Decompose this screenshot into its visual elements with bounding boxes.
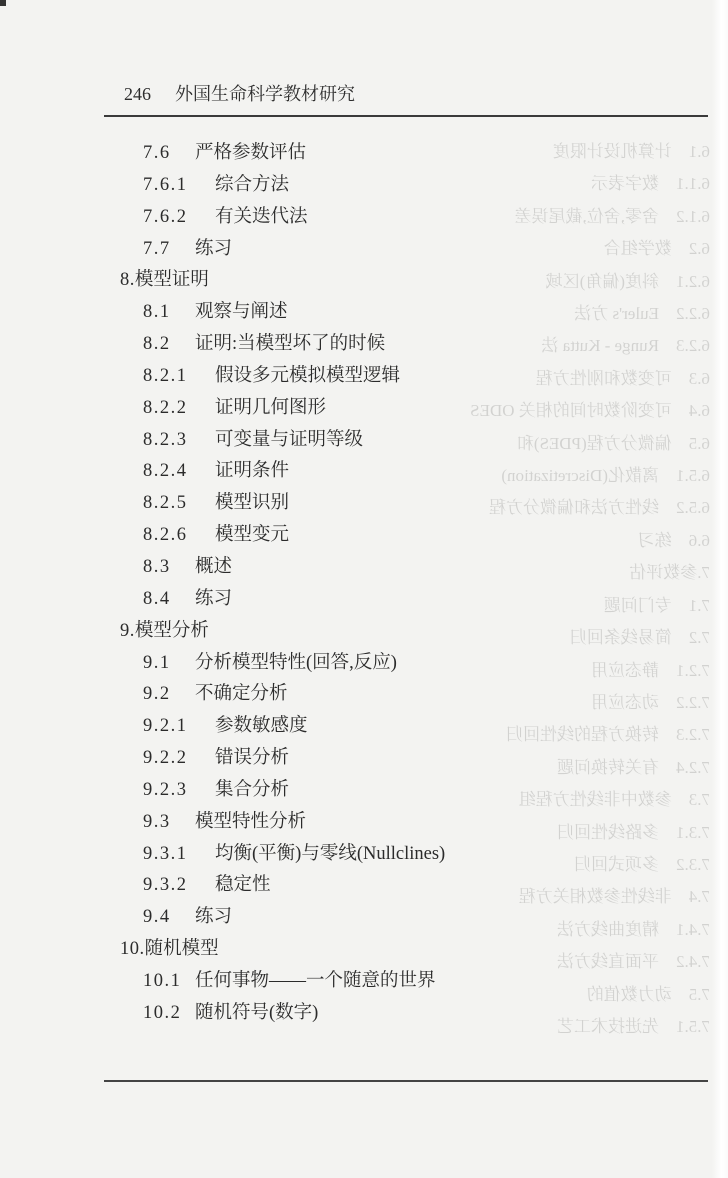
toc-entry-title: 证明几何图形 (215, 393, 326, 425)
toc-entry-title: 模型变元 (215, 520, 289, 552)
toc-entry: 7.6.1综合方法 (120, 170, 445, 202)
toc-entry: 9.2.2错误分析 (120, 743, 445, 775)
toc-entry-number: 7.6 (143, 138, 195, 170)
toc-entry-title: 集合分析 (215, 775, 289, 807)
toc-entry-number: 7.6.1 (143, 170, 215, 202)
table-of-contents: 7.6严格参数评估7.6.1综合方法7.6.2有关迭代法7.7练习8.模型证明8… (120, 138, 445, 1030)
toc-entry: 9.4练习 (120, 902, 445, 934)
toc-entry-title: 均衡(平衡)与零线(Nullclines) (215, 839, 445, 871)
toc-entry-title: 稳定性 (215, 870, 271, 902)
toc-entry-title: 练习 (195, 584, 232, 616)
toc-entry: 7.6严格参数评估 (120, 138, 445, 170)
toc-entry-title: 模型证明 (135, 265, 209, 297)
toc-entry-title: 假设多元模拟模型逻辑 (215, 361, 400, 393)
scan-corner-mark (0, 0, 6, 6)
toc-entry: 9.模型分析 (120, 616, 445, 648)
toc-entry-number: 9.2 (143, 679, 195, 711)
toc-entry-number: 8.2.3 (143, 425, 215, 457)
toc-entry: 7.6.2有关迭代法 (120, 202, 445, 234)
toc-entry: 9.2.3集合分析 (120, 775, 445, 807)
toc-entry-number: 9.2.1 (143, 711, 215, 743)
book-title: 外国生命科学教材研究 (175, 82, 355, 106)
toc-entry: 8.2.2证明几何图形 (120, 393, 445, 425)
toc-entry-number: 9.3.1 (143, 839, 215, 871)
toc-entry: 8.2证明:当模型坏了的时候 (120, 329, 445, 361)
toc-entry-title: 有关迭代法 (215, 202, 308, 234)
toc-entry: 9.3模型特性分析 (120, 807, 445, 839)
page-number: 246 (124, 82, 151, 106)
toc-entry-number: 10. (120, 934, 145, 966)
toc-entry-title: 练习 (195, 902, 232, 934)
toc-entry-number: 9.1 (143, 648, 195, 680)
toc-entry-number: 8.4 (143, 584, 195, 616)
toc-entry-number: 8.2.1 (143, 361, 215, 393)
toc-entry-number: 8.2 (143, 329, 195, 361)
toc-entry: 8.2.4证明条件 (120, 456, 445, 488)
toc-entry: 9.3.1均衡(平衡)与零线(Nullclines) (120, 839, 445, 871)
toc-entry: 10.2随机符号(数字) (120, 998, 445, 1030)
toc-entry: 8.2.5模型识别 (120, 488, 445, 520)
toc-entry-title: 任何事物——一个随意的世界 (195, 966, 436, 998)
toc-entry-number: 8.2.2 (143, 393, 215, 425)
toc-entry-number: 8.2.4 (143, 456, 215, 488)
toc-entry-title: 可变量与证明等级 (215, 425, 363, 457)
toc-entry-number: 7.7 (143, 234, 195, 266)
toc-entry-number: 9.3.2 (143, 870, 215, 902)
toc-entry: 8.2.6模型变元 (120, 520, 445, 552)
toc-entry-number: 8. (120, 265, 135, 297)
footer-rule (104, 1080, 708, 1082)
toc-entry: 8.4练习 (120, 584, 445, 616)
running-head: 246 外国生命科学教材研究 (124, 82, 355, 106)
toc-entry: 8.1观察与阐述 (120, 297, 445, 329)
toc-entry-title: 不确定分析 (195, 679, 288, 711)
toc-entry: 9.2.1参数敏感度 (120, 711, 445, 743)
toc-entry-title: 证明条件 (215, 456, 289, 488)
toc-entry-title: 模型特性分析 (195, 807, 306, 839)
toc-entry: 8.2.3可变量与证明等级 (120, 425, 445, 457)
toc-entry-title: 随机模型 (145, 934, 219, 966)
toc-entry-title: 练习 (195, 234, 232, 266)
toc-entry-number: 9.4 (143, 902, 195, 934)
toc-entry-number: 9.3 (143, 807, 195, 839)
toc-entry: 10.随机模型 (120, 934, 445, 966)
toc-entry-number: 9.2.2 (143, 743, 215, 775)
toc-entry: 8.3概述 (120, 552, 445, 584)
page-edge-shadow (712, 0, 728, 1178)
toc-entry-number: 8.2.5 (143, 488, 215, 520)
toc-entry-number: 7.6.2 (143, 202, 215, 234)
toc-entry-title: 模型分析 (135, 616, 209, 648)
toc-entry-title: 概述 (195, 552, 232, 584)
toc-entry-number: 10.2 (143, 998, 195, 1030)
toc-entry: 7.7练习 (120, 234, 445, 266)
toc-entry-number: 10.1 (143, 966, 195, 998)
toc-entry-title: 综合方法 (215, 170, 289, 202)
toc-entry-title: 观察与阐述 (195, 297, 288, 329)
toc-entry-number: 8.1 (143, 297, 195, 329)
toc-entry-number: 8.2.6 (143, 520, 215, 552)
toc-entry: 10.1任何事物——一个随意的世界 (120, 966, 445, 998)
toc-entry-title: 随机符号(数字) (195, 998, 318, 1030)
toc-entry-number: 9. (120, 616, 135, 648)
header-rule (104, 115, 708, 117)
toc-entry-title: 错误分析 (215, 743, 289, 775)
toc-entry: 9.3.2稳定性 (120, 870, 445, 902)
toc-entry-title: 模型识别 (215, 488, 289, 520)
toc-entry-title: 参数敏感度 (215, 711, 308, 743)
toc-entry-title: 证明:当模型坏了的时候 (195, 329, 385, 361)
toc-entry: 8.2.1假设多元模拟模型逻辑 (120, 361, 445, 393)
toc-entry-number: 8.3 (143, 552, 195, 584)
toc-entry: 9.1分析模型特性(回答,反应) (120, 648, 445, 680)
toc-entry: 9.2不确定分析 (120, 679, 445, 711)
toc-entry-number: 9.2.3 (143, 775, 215, 807)
toc-entry-title: 严格参数评估 (195, 138, 306, 170)
toc-entry-title: 分析模型特性(回答,反应) (195, 648, 397, 680)
toc-entry: 8.模型证明 (120, 265, 445, 297)
